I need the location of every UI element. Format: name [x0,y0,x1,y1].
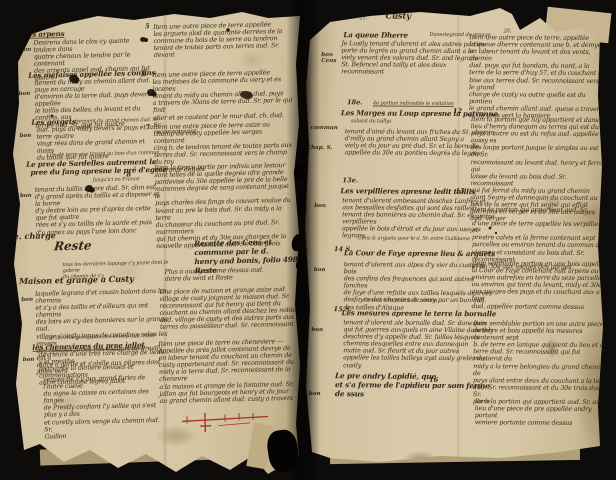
book-gutter-shadow [286,0,320,480]
section-number-label: 13e. [342,176,358,184]
section-number: 6 [142,70,147,78]
ink-blot [147,89,155,96]
section-number: 12 [453,107,462,115]
manuscript-paragraph: Item une autre piece de terre, appellée … [469,34,606,120]
manuscript-paragraph: Item la portion qui appartient aud. Sr. … [475,398,611,427]
section-number: 5 [145,22,150,30]
section-heading-script: Le pre andry Lapidié, que et s'a ferme d… [335,371,495,399]
section-preline: Jusqu'ici en France [93,176,140,183]
right-page: 21. Custy 2 20. La queue Dherre Danesteg… [300,6,606,472]
section-subheading: subsist du taillys [351,118,392,124]
manuscript-paragraph: Item semblable portion en une autre piec… [473,320,610,406]
torn-hole [296,260,303,271]
margin-note: bon [19,91,31,97]
left-page-content: les arpens bon Desirens dans le clos cy … [1,1,312,480]
manuscript-paragraph: venues de s'y aux grand furies de l'autr… [43,374,166,441]
ink-blot [140,37,146,42]
charge-heading: 7e. charge [8,230,56,241]
manuscript-paragraph: Une place de maison et grange asize aud.… [159,286,300,332]
manuscript-paragraph: Item une autre piece de terre appellée l… [153,21,292,60]
manuscript-paragraph: tenant d'ulerent ale bornalle dud. Sr. d… [343,319,493,370]
margin-note: bon [20,193,32,199]
manuscript-paragraph: Item semblable portion en une bois appel… [472,260,608,311]
section-number-label: 18e. [347,98,363,106]
page-header: Custy [386,11,411,21]
left-page: les arpens bon Desirens dans le clos cy … [6,4,306,478]
margin-note: bon [20,47,32,53]
margin-note: bon [20,133,32,139]
section-heading: pree du fang apresne le pré d'egrée [30,165,167,177]
section-number: 13 [455,187,464,195]
section-number: 7 [145,123,150,131]
manuscript-paragraph: Item une piece de terre ou cheneviere — … [158,338,299,405]
margin-note: bon [21,297,33,303]
section-preline: Cens & bois pour la d. portion [364,297,484,304]
corner-mark: 21. [360,15,368,21]
charge-script-heading: Reste [53,238,92,253]
manuscript-paragraph: Plus a aussy comme dessus aud. detre du … [165,266,285,283]
right-page-content: 21. Custy 2 20. La queue Dherre Danesteg… [298,5,607,473]
manuscript-paragraph: tenant du taillis au pre dud. Sr. alun e… [35,184,164,237]
manuscript-photo: les arpens bon Desirens dans le clos cy … [0,0,616,480]
section-number: 8 [126,171,131,179]
section-heading: Maison et grange a Custy [19,274,134,287]
margin-note: bon Cens [321,52,336,64]
section-heading: La queue Dherre [343,30,408,39]
margin-note: bon [23,357,35,363]
